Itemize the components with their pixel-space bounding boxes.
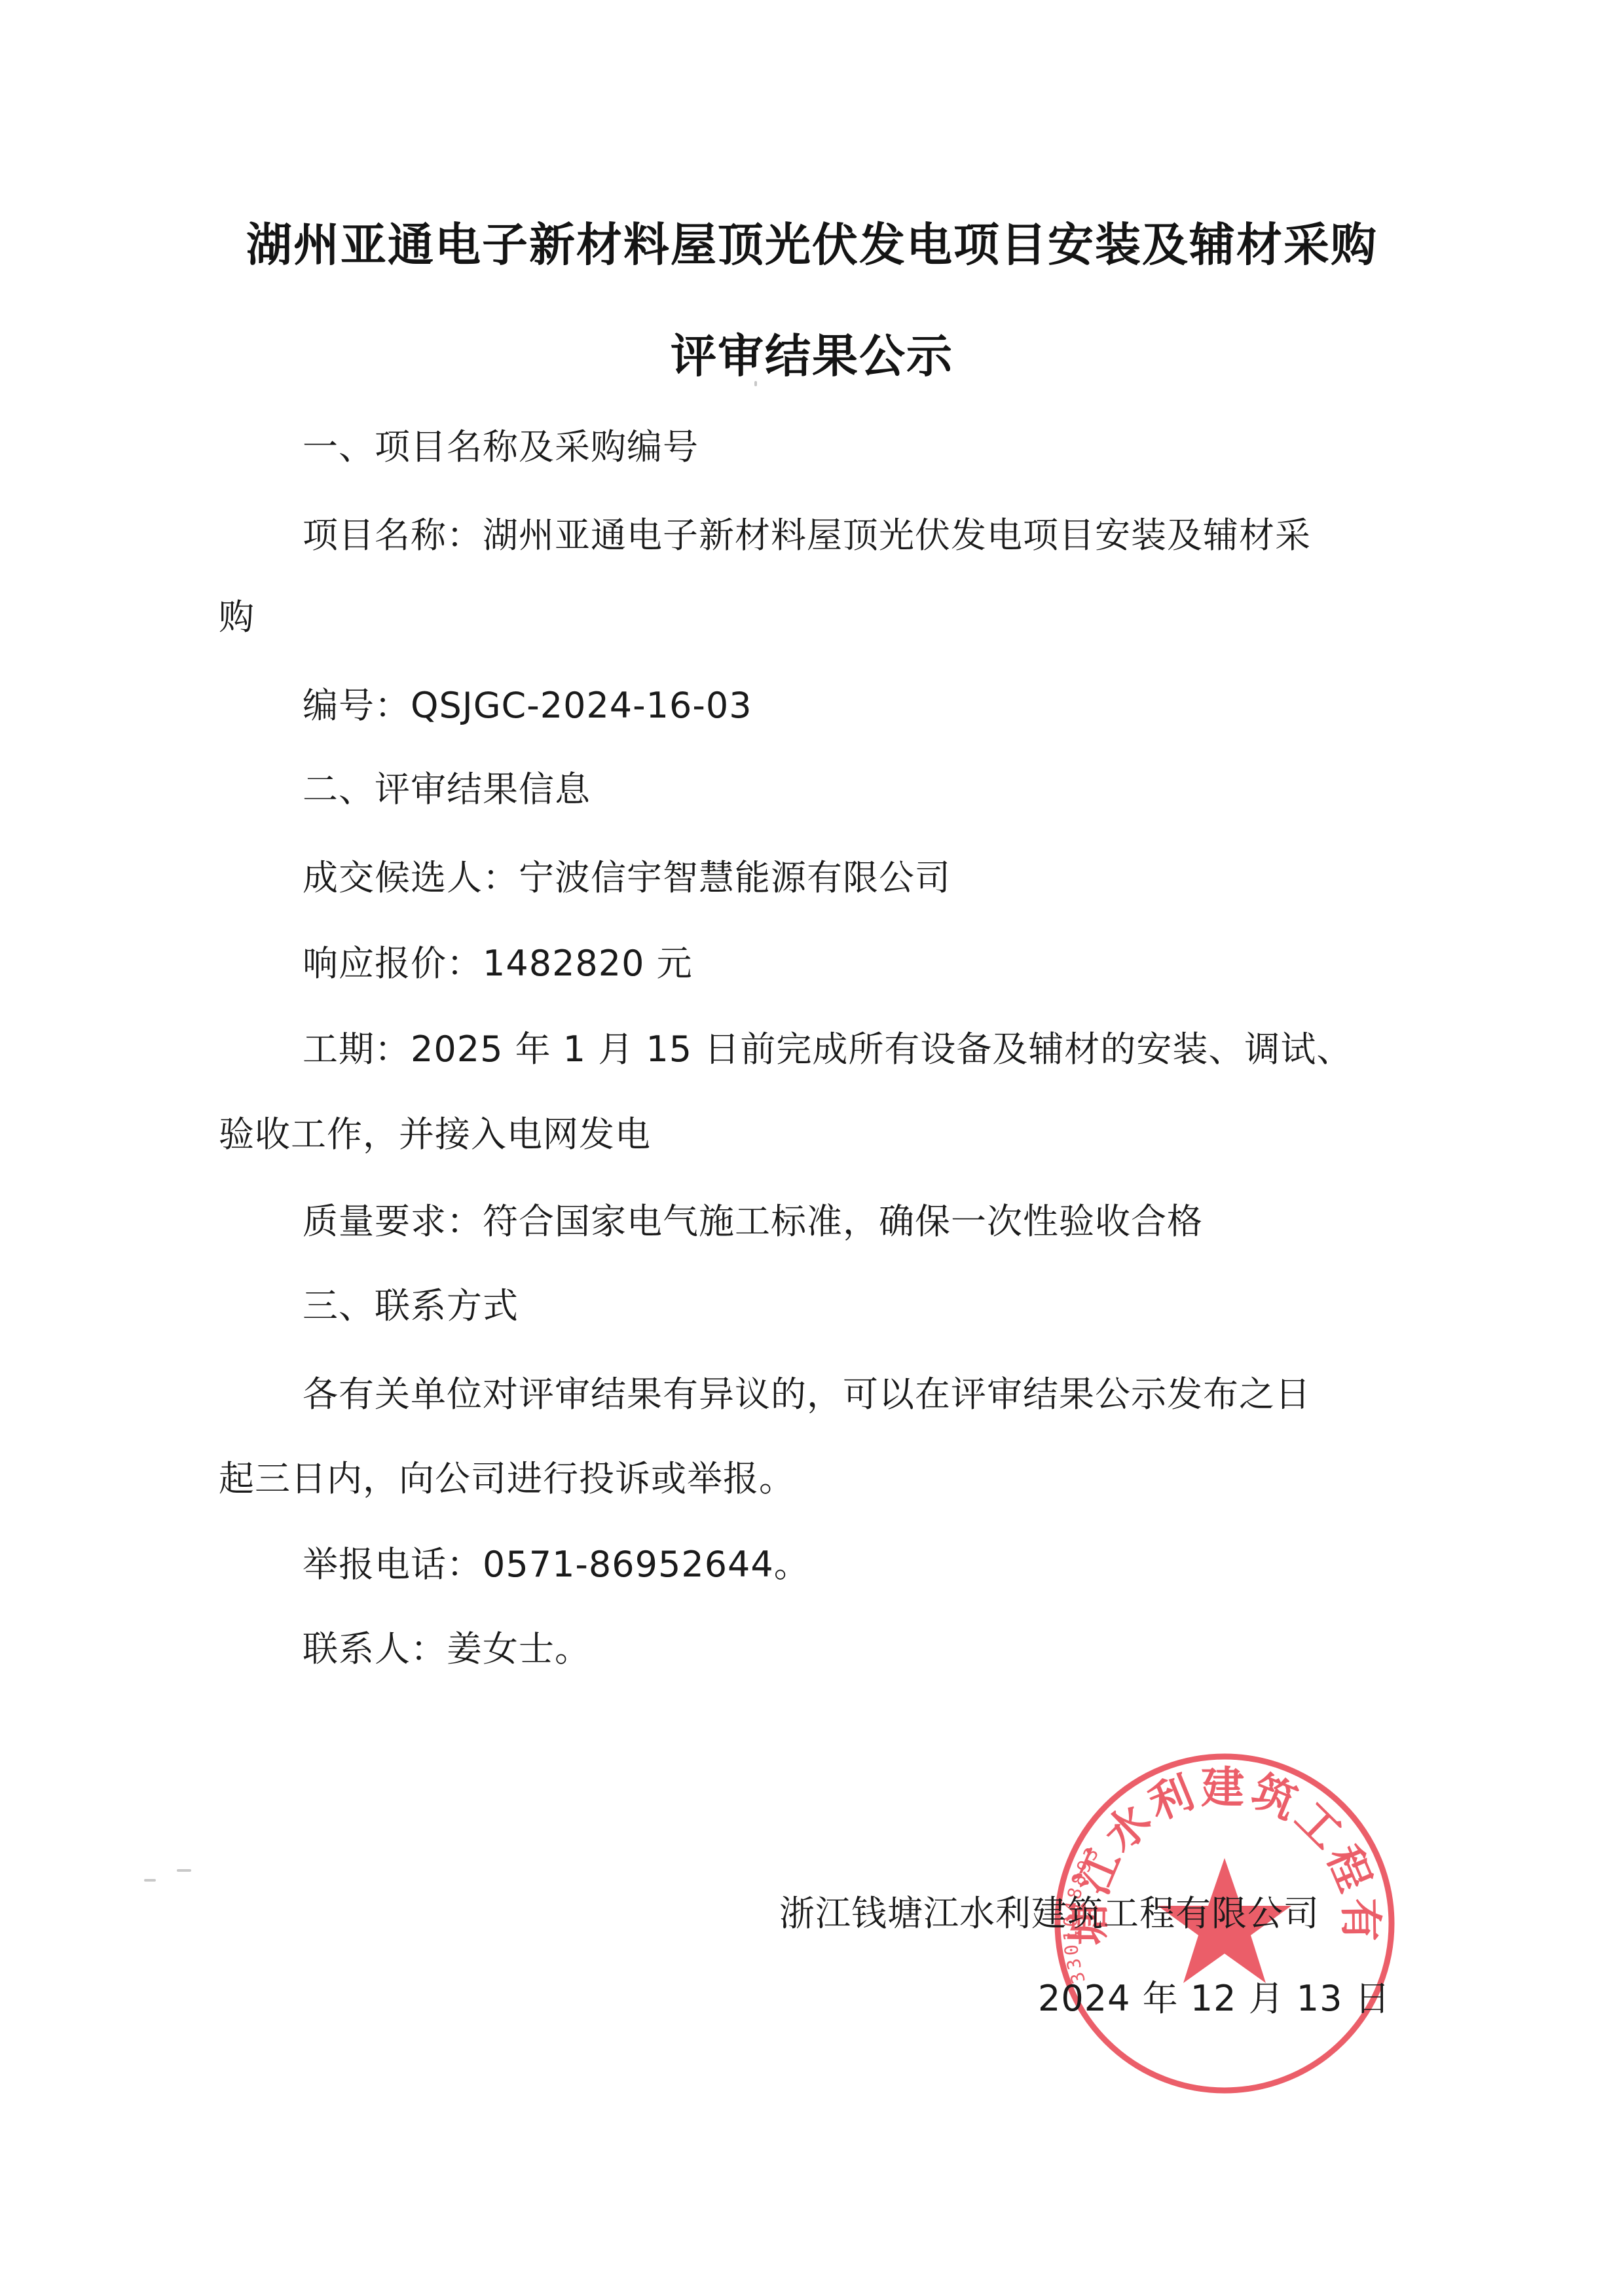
scan-speck	[144, 1879, 156, 1882]
title-line-1: 湖州亚通电子新材料屋顶光伏发电项目安装及辅材采购	[0, 208, 1624, 274]
procurement-number: 编号：QSJGC-2024-16-03	[303, 678, 752, 728]
project-name-line-1: 项目名称：湖州亚通电子新材料屋顶光伏发电项目安装及辅材采	[303, 507, 1311, 558]
section2-heading: 二、评审结果信息	[303, 761, 591, 812]
title-line-2: 评审结果公示	[0, 319, 1624, 386]
document-page: 湖州亚通电子新材料屋顶光伏发电项目安装及辅材采购 评审结果公示 一、项目名称及采…	[0, 0, 1624, 2296]
period-line-2: 验收工作，并接入电网发电	[219, 1106, 651, 1157]
contact-person: 联系人：姜女士。	[303, 1621, 591, 1671]
report-phone: 举报电话：0571-86952644。	[303, 1537, 810, 1587]
signature-date: 2024 年 12 月 13 日	[1038, 1971, 1391, 2021]
period-line-1: 工期：2025 年 1 月 15 日前完成所有设备及辅材的安装、调试、	[303, 1021, 1352, 1072]
section1-heading: 一、项目名称及采购编号	[303, 419, 699, 469]
scan-speck	[177, 1869, 191, 1872]
scan-speck	[754, 381, 757, 386]
response-price: 响应报价：1482820 元	[303, 936, 693, 986]
objection-line-2: 起三日内，向公司进行投诉或举报。	[219, 1451, 795, 1501]
project-name-line-2: 购	[219, 589, 255, 640]
signature-company: 浙江钱塘江水利建筑工程有限公司	[779, 1886, 1319, 1936]
section3-heading: 三、联系方式	[303, 1278, 519, 1328]
deal-candidate: 成交候选人：宁波信宇智慧能源有限公司	[303, 850, 951, 900]
quality-requirement: 质量要求：符合国家电气施工标准，确保一次性验收合格	[303, 1194, 1203, 1244]
objection-line-1: 各有关单位对评审结果有异议的，可以在评审结果公示发布之日	[303, 1366, 1311, 1417]
